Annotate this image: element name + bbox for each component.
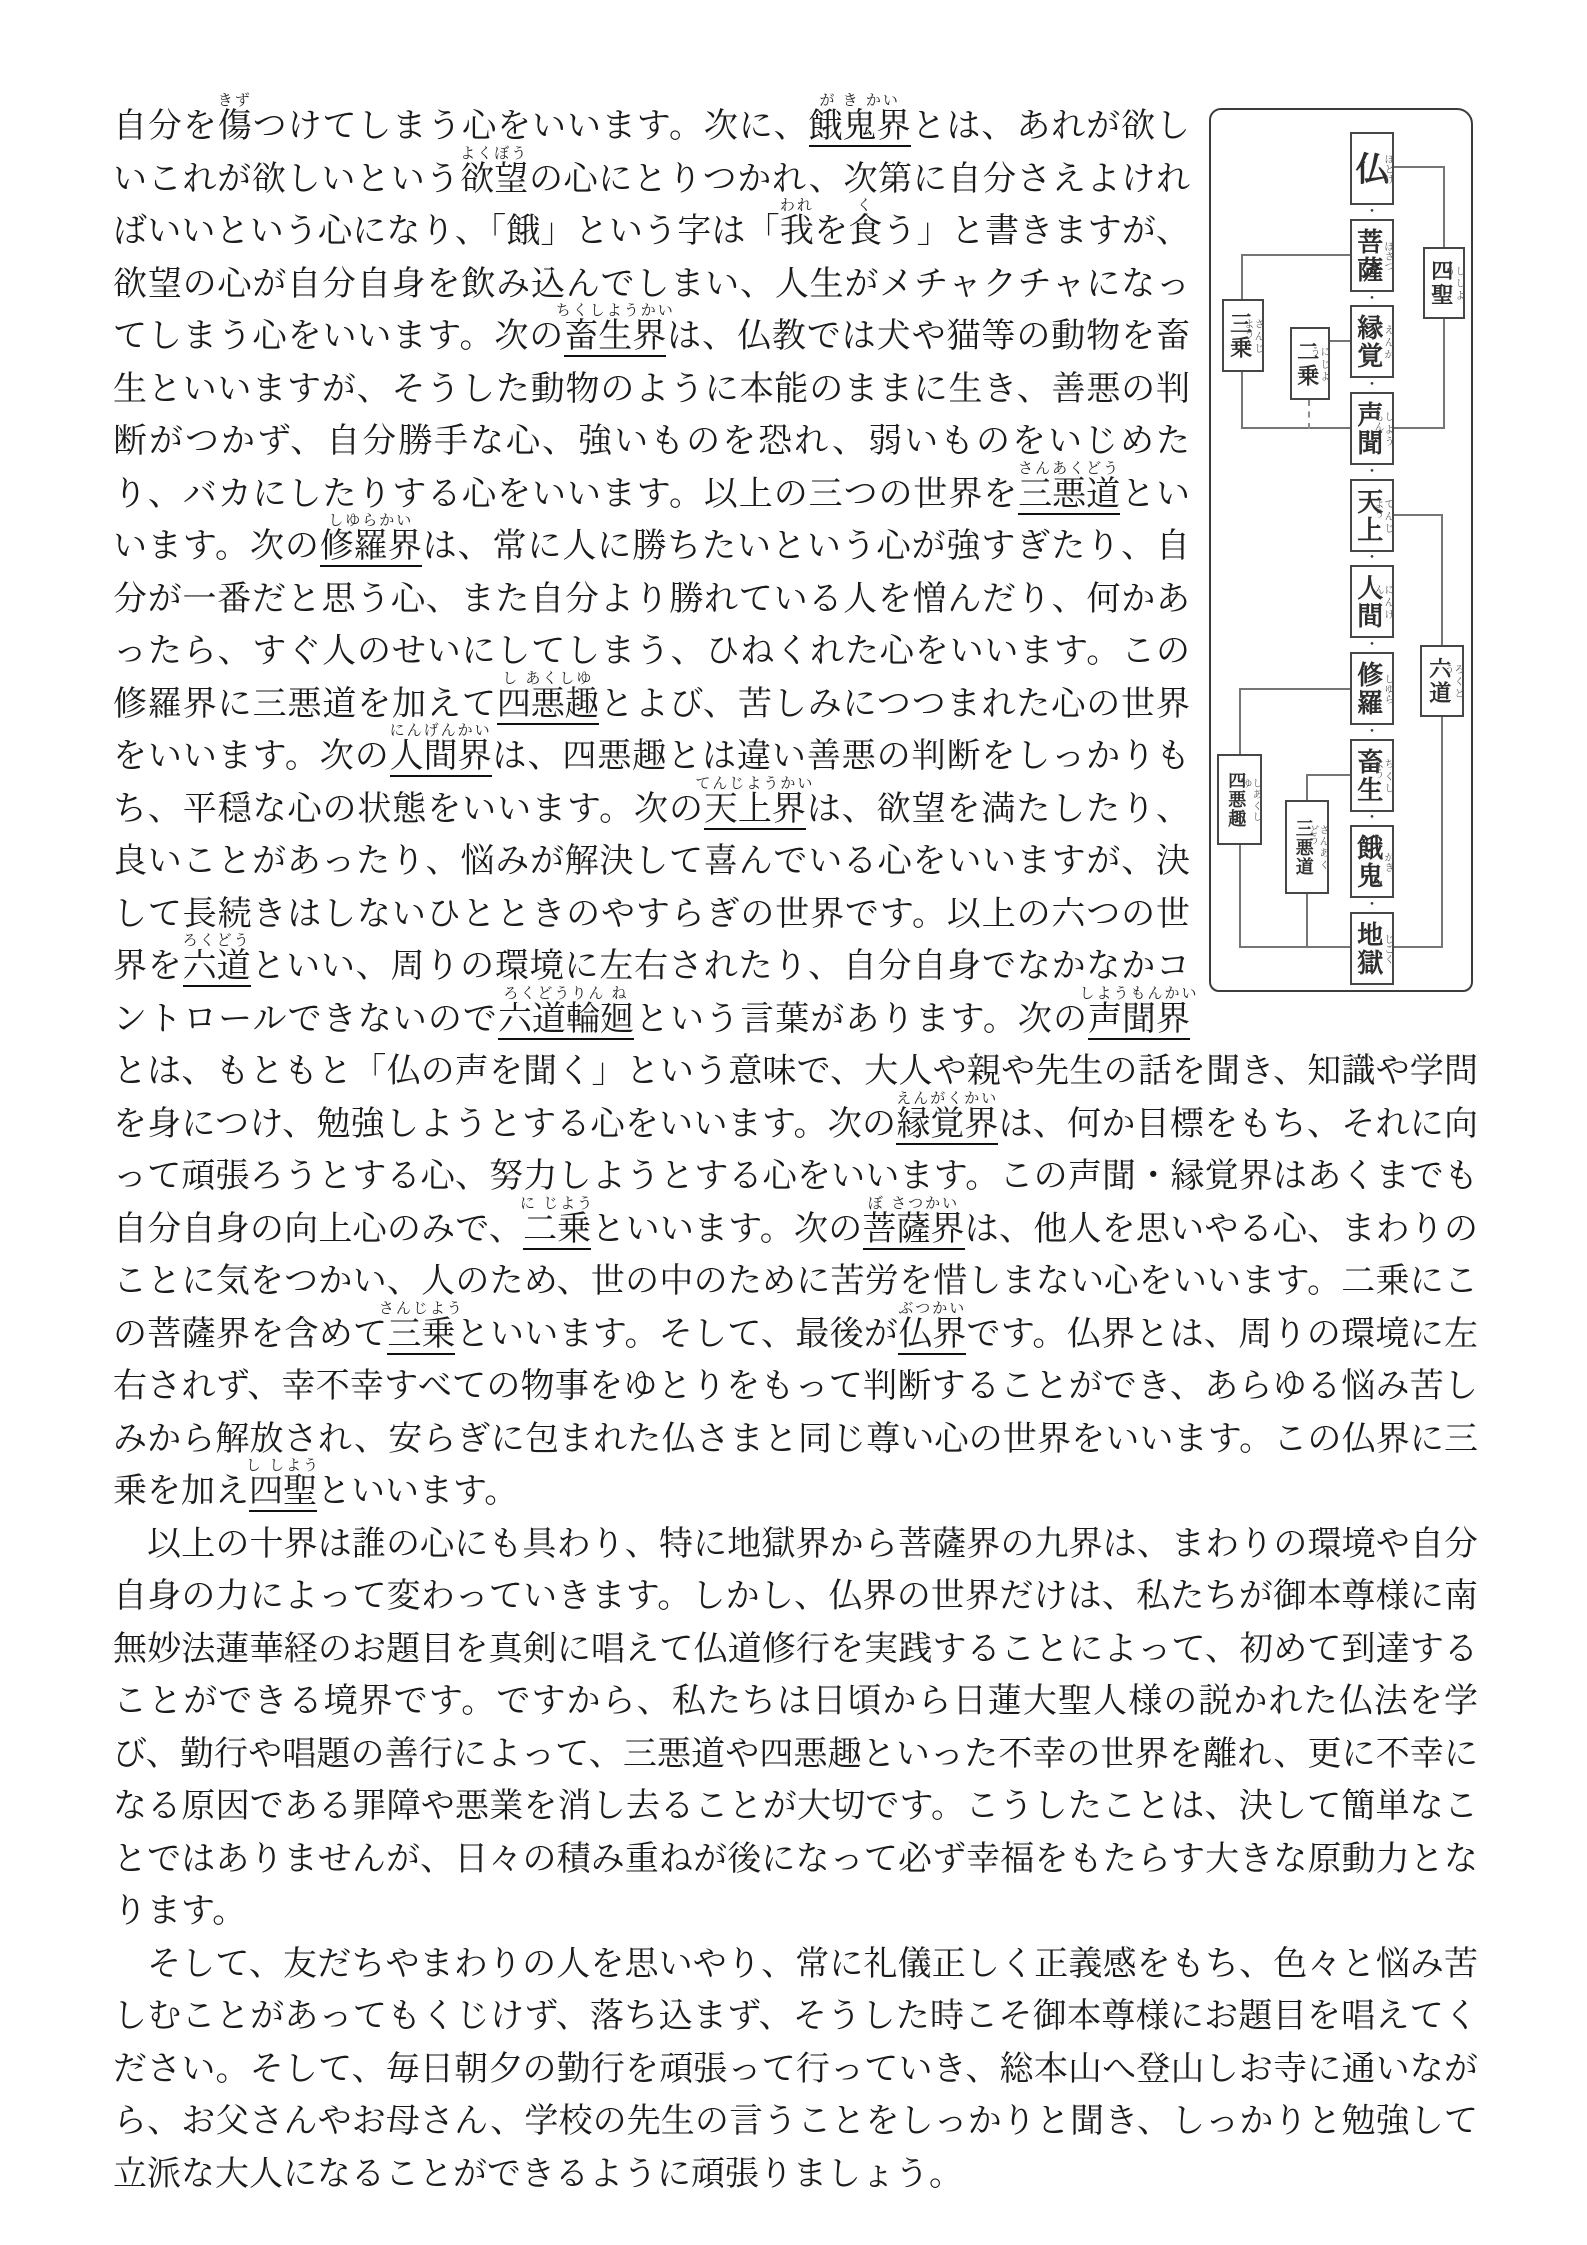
underlined-term: し しよう四聖 [249,1474,317,1512]
ten-worlds-diagram: 仏 ほとけ 菩薩 ぼさつ 縁覚 えんがく 声聞 しようもん [1209,108,1473,992]
diagram-group-box: 三悪道 さんあくどう [1285,800,1329,894]
furigana: に じよう [520,1196,594,1211]
diagram-main-box: 仏 ほとけ [1350,132,1394,205]
diagram-box-furigana: にんげん [1372,584,1392,619]
diagram-box-furigana: しようもん [1372,411,1392,446]
underlined-term: に じよう二乗 [523,1212,591,1250]
document-body: 仏 ほとけ 菩薩 ぼさつ 縁覚 えんがく 声聞 しようもん [113,100,1478,2200]
diagram-main-box: 地獄 じごく [1350,912,1394,985]
paragraph: そして、友だちやまわりの人を思いやり、常に礼儀正しく正義感をもち、色々と悩み苦し… [113,1938,1478,2201]
underlined-term: し あくしゆ四悪趣 [497,687,599,725]
paragraph: 仏 ほとけ 菩薩 ぼさつ 縁覚 えんがく 声聞 しようもん [113,100,1478,1518]
ruby-term: く食 [848,214,882,248]
diagram-box-furigana: しあくしゆ [1240,778,1260,822]
furigana: てんじようかい [695,776,814,791]
diagram-separator-dot: ・ [1350,378,1394,392]
diagram-separator-dot: ・ [1350,898,1394,912]
diagram-group-box: 三乗 さんじよう [1222,299,1264,372]
diagram-connector-line [1441,514,1443,948]
underlined-term: しようもんかい声聞界 [1088,1002,1190,1040]
diagram-box-furigana: てんじよう [1372,498,1392,533]
diagram-box-furigana: ちくしよう [1372,758,1392,793]
furigana: し しよう [246,1458,320,1473]
diagram-main-box: 縁覚 えんがく [1350,305,1394,378]
furigana: し あくしゆ [502,671,593,686]
ruby-term: よくぼう欲望 [460,162,528,196]
paragraph: 以上の十界は誰の心にも具わり、特に地獄界から菩薩界の九界は、まわりの環境や自分自… [113,1518,1478,1938]
diagram-connector-line [1308,400,1310,429]
furigana: ろくどうりん ね [503,986,628,1001]
underlined-term: にんげんかい人間界 [390,739,492,777]
furigana: よくぼう [460,146,528,161]
diagram-main-box: 人間 にんげん [1350,565,1394,638]
diagram-box-furigana: しゆら [1382,674,1392,704]
diagram-main-box: 菩薩 ぼさつ [1350,219,1394,292]
furigana: きず [218,93,252,108]
diagram-main-box: 餓鬼 がき [1350,825,1394,898]
diagram-separator-dot: ・ [1350,551,1394,565]
ruby-term: きず傷 [218,109,252,143]
diagram-connector-line [1242,254,1350,256]
furigana: ちくしようかい [556,303,675,318]
diagram-box-furigana: ほとけ [1382,154,1392,184]
underlined-term: しゆらかい修羅界 [320,529,422,567]
underlined-term: てんじようかい天上界 [704,792,806,830]
furigana: にんげんかい [390,723,492,738]
underlined-term: さんあくどう三悪道 [1018,477,1120,515]
diagram-main-box: 修羅 しゆら [1350,652,1394,725]
furigana: ぶつかい [898,1301,966,1316]
furigana: ぼ さつかい [868,1196,959,1211]
furigana: が き かい [820,93,900,108]
underlined-term: ろく六 [183,949,217,987]
furigana: われ [780,198,814,213]
diagram-box-furigana: ぼさつ [1382,241,1392,271]
diagram-separator-dot: ・ [1350,725,1394,739]
underlined-term: が き かい餓鬼界 [809,109,911,147]
furigana: ろく [183,933,217,948]
underlined-term: えんがくかい縁覚界 [896,1107,998,1145]
diagram-connector-line [1394,514,1443,516]
furigana: さんあくどう [1018,461,1120,476]
diagram-main-box: 天上 てんじよう [1350,479,1394,552]
underlined-term: ぼ さつかい菩薩界 [863,1212,965,1250]
diagram-separator-dot: ・ [1350,205,1394,219]
furigana: しゆらかい [328,513,413,528]
diagram-connector-line [1394,166,1445,168]
ruby-term: われ我 [780,214,814,248]
diagram-connector-line [1240,946,1350,948]
furigana: しようもんかい [1079,986,1198,1001]
underlined-term: ぶつかい仏界 [898,1317,966,1355]
diagram-box-furigana: ろくどう [1442,664,1462,698]
diagram-group-box: 四聖 ししよう [1423,247,1465,319]
diagram-box-furigana: えんがく [1372,324,1392,359]
diagram-group-box: 六道 ろくどう [1420,645,1464,717]
furigana: えんがくかい [896,1091,998,1106]
diagram-box-furigana: さんあくどう [1307,825,1327,870]
furigana: どう [217,933,251,948]
diagram-connector-line [1394,946,1443,948]
diagram-connector-line [1242,427,1350,429]
document-page: 仏 ほとけ 菩薩 ぼさつ 縁覚 えんがく 声聞 しようもん [0,0,1587,2245]
furigana: く [857,198,874,213]
diagram-connector-line [1240,688,1350,690]
diagram-group-box: 二乗 にじよう [1290,327,1330,400]
diagram-separator-dot: ・ [1350,465,1394,479]
underlined-term: ちくしようかい畜生界 [564,319,666,357]
diagram-separator-dot: ・ [1350,638,1394,652]
diagram-box-furigana: がき [1382,852,1392,872]
diagram-box-furigana: さんじよう [1242,318,1262,353]
underlined-term: さんじよう三乗 [387,1317,455,1355]
diagram-main-box: 畜生 ちくしよう [1350,739,1394,812]
diagram-group-box: 四悪趣 しあくしゆ [1217,754,1262,845]
diagram-box-furigana: にじよう [1308,346,1328,381]
diagram-separator-dot: ・ [1350,292,1394,306]
diagram-connector-line [1394,427,1445,429]
furigana: さんじよう [379,1301,464,1316]
diagram-box-furigana: ししよう [1443,266,1463,300]
diagram-separator-dot: ・ [1350,811,1394,825]
diagram-main-box: 声聞 しようもん [1350,392,1394,465]
diagram-float: 仏 ほとけ 菩薩 ぼさつ 縁覚 えんがく 声聞 しようもん [1209,100,1478,1000]
underlined-term: どう道 [217,949,251,987]
diagram-box-furigana: じごく [1382,934,1392,964]
underlined-term: ろくどうりん ね六道輪廻 [498,1002,634,1040]
